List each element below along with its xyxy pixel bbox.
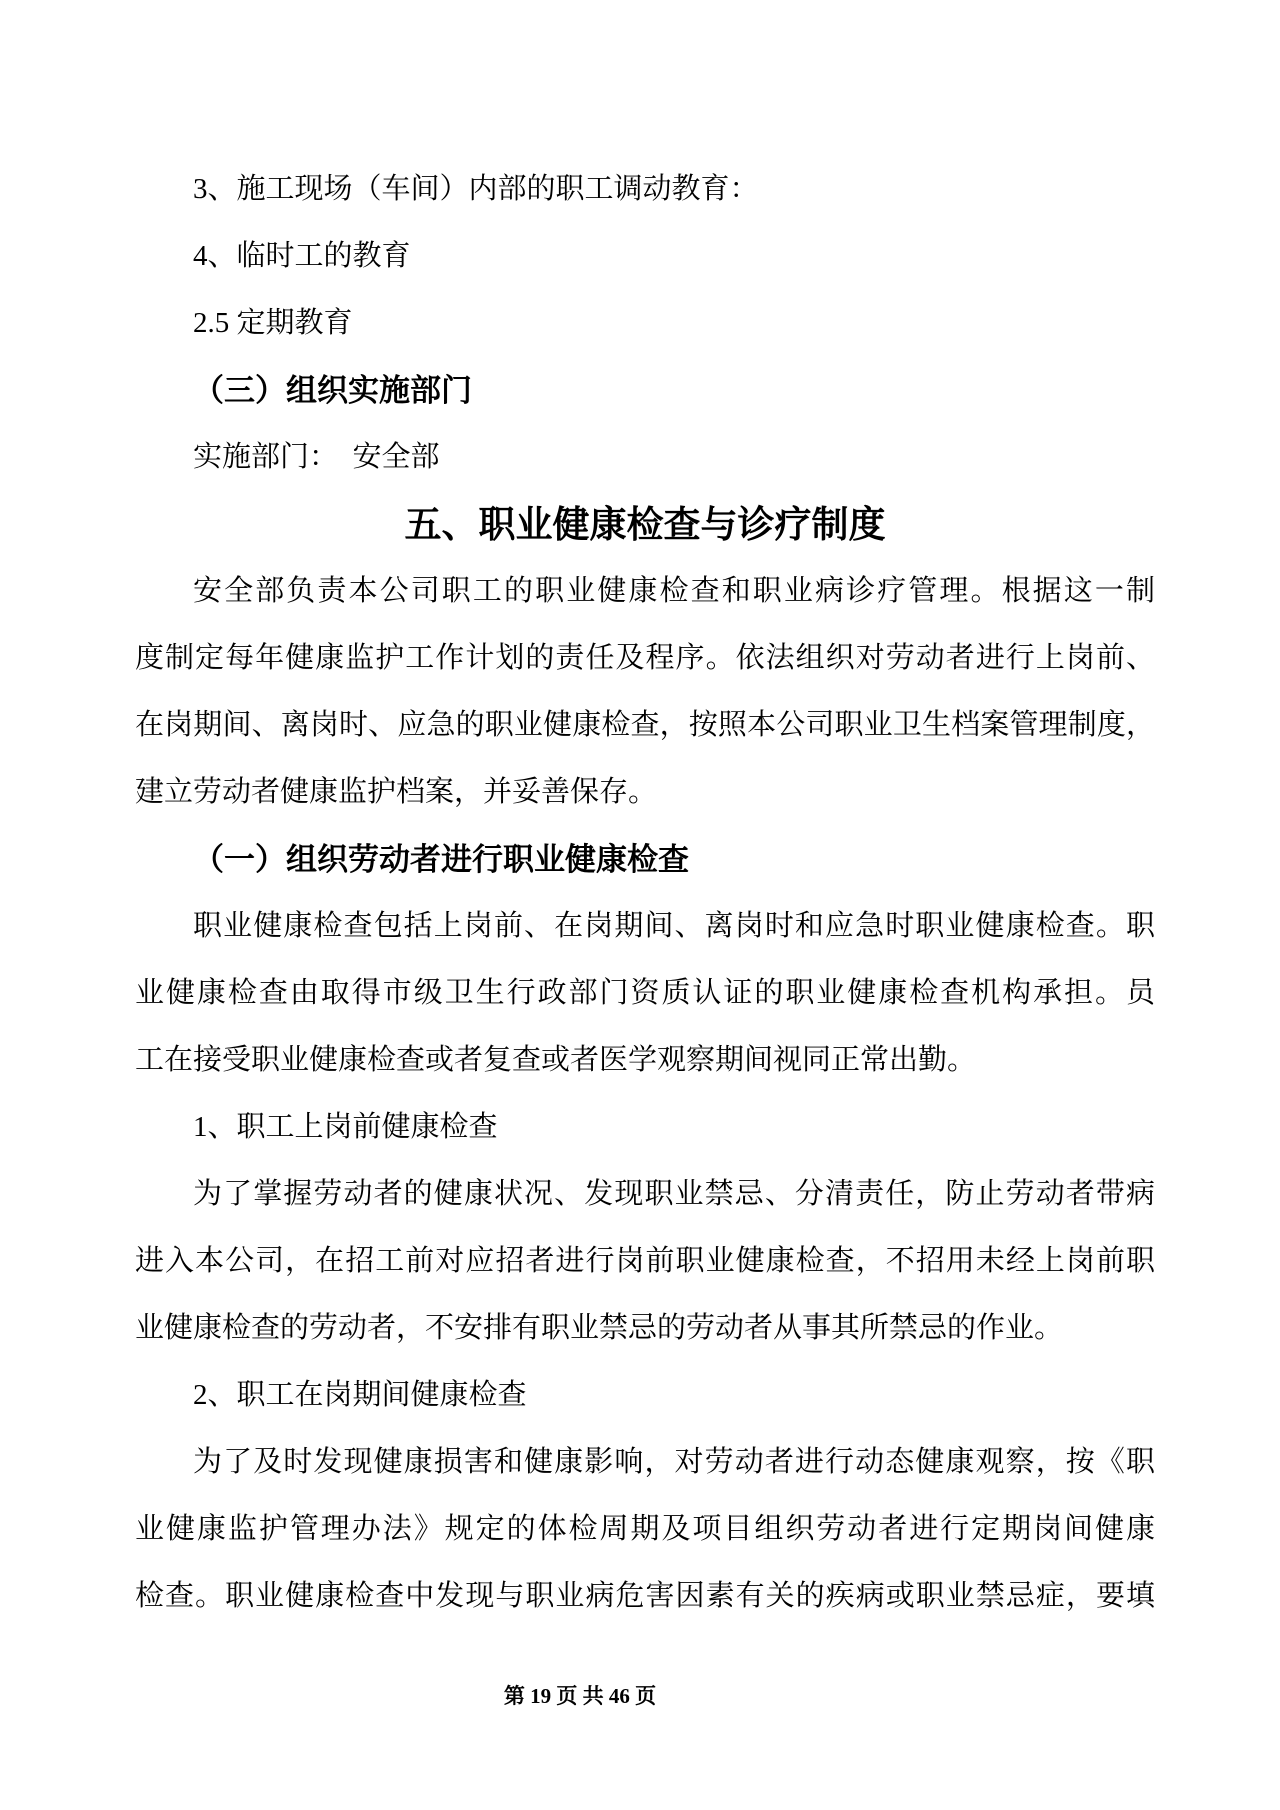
- text-line: 3、施工现场（车间）内部的职工调动教育：: [135, 156, 1155, 223]
- text-line: 2、职工在岗期间健康检查: [135, 1362, 1155, 1429]
- text-line: 2.5 定期教育: [135, 290, 1155, 357]
- page-footer: 第 19 页 共 46 页: [0, 1681, 1160, 1711]
- text-line: 职业健康检查包括上岗前、在岗期间、离岗时和应急时职业健康检查。职: [135, 893, 1155, 960]
- page-number-text: 第 19 页 共 46 页: [504, 1684, 656, 1708]
- text-line: 进入本公司，在招工前对应招者进行岗前职业健康检查，不招用未经上岗前职: [135, 1228, 1155, 1295]
- text-line: 业健康监护管理办法》规定的体检周期及项目组织劳动者进行定期岗间健康: [135, 1496, 1155, 1563]
- text-line: 4、临时工的教育: [135, 223, 1155, 290]
- text-line: 建立劳动者健康监护档案，并妥善保存。: [135, 759, 1155, 826]
- text-line: 工在接受职业健康检查或者复查或者医学观察期间视同正常出勤。: [135, 1027, 1155, 1094]
- text-lines: 3、施工现场（车间）内部的职工调动教育：4、临时工的教育2.5 定期教育（三）组…: [135, 156, 1155, 1630]
- text-line: 为了及时发现健康损害和健康影响，对劳动者进行动态健康观察，按《职: [135, 1429, 1155, 1496]
- text-line: 业健康检查由取得市级卫生行政部门资质认证的职业健康检查机构承担。员: [135, 960, 1155, 1027]
- text-line: 业健康检查的劳动者，不安排有职业禁忌的劳动者从事其所禁忌的作业。: [135, 1295, 1155, 1362]
- text-line: 实施部门： 安全部: [135, 424, 1155, 491]
- text-line: 在岗期间、离岗时、应急的职业健康检查，按照本公司职业卫生档案管理制度，: [135, 692, 1155, 759]
- text-line: 检查。职业健康检查中发现与职业病危害因素有关的疾病或职业禁忌症，要填: [135, 1563, 1155, 1630]
- document-page: 3、施工现场（车间）内部的职工调动教育：4、临时工的教育2.5 定期教育（三）组…: [0, 0, 1280, 1810]
- text-line: 安全部负责本公司职工的职业健康检查和职业病诊疗管理。根据这一制: [135, 558, 1155, 625]
- section-heading: （三）组织实施部门: [135, 357, 1155, 424]
- text-line: 度制定每年健康监护工作计划的责任及程序。依法组织对劳动者进行上岗前、: [135, 625, 1155, 692]
- text-line: 1、职工上岗前健康检查: [135, 1094, 1155, 1161]
- text-line: 为了掌握劳动者的健康状况、发现职业禁忌、分清责任，防止劳动者带病: [135, 1161, 1155, 1228]
- section-heading: （一）组织劳动者进行职业健康检查: [135, 826, 1155, 893]
- chapter-heading: 五、职业健康检查与诊疗制度: [135, 491, 1155, 558]
